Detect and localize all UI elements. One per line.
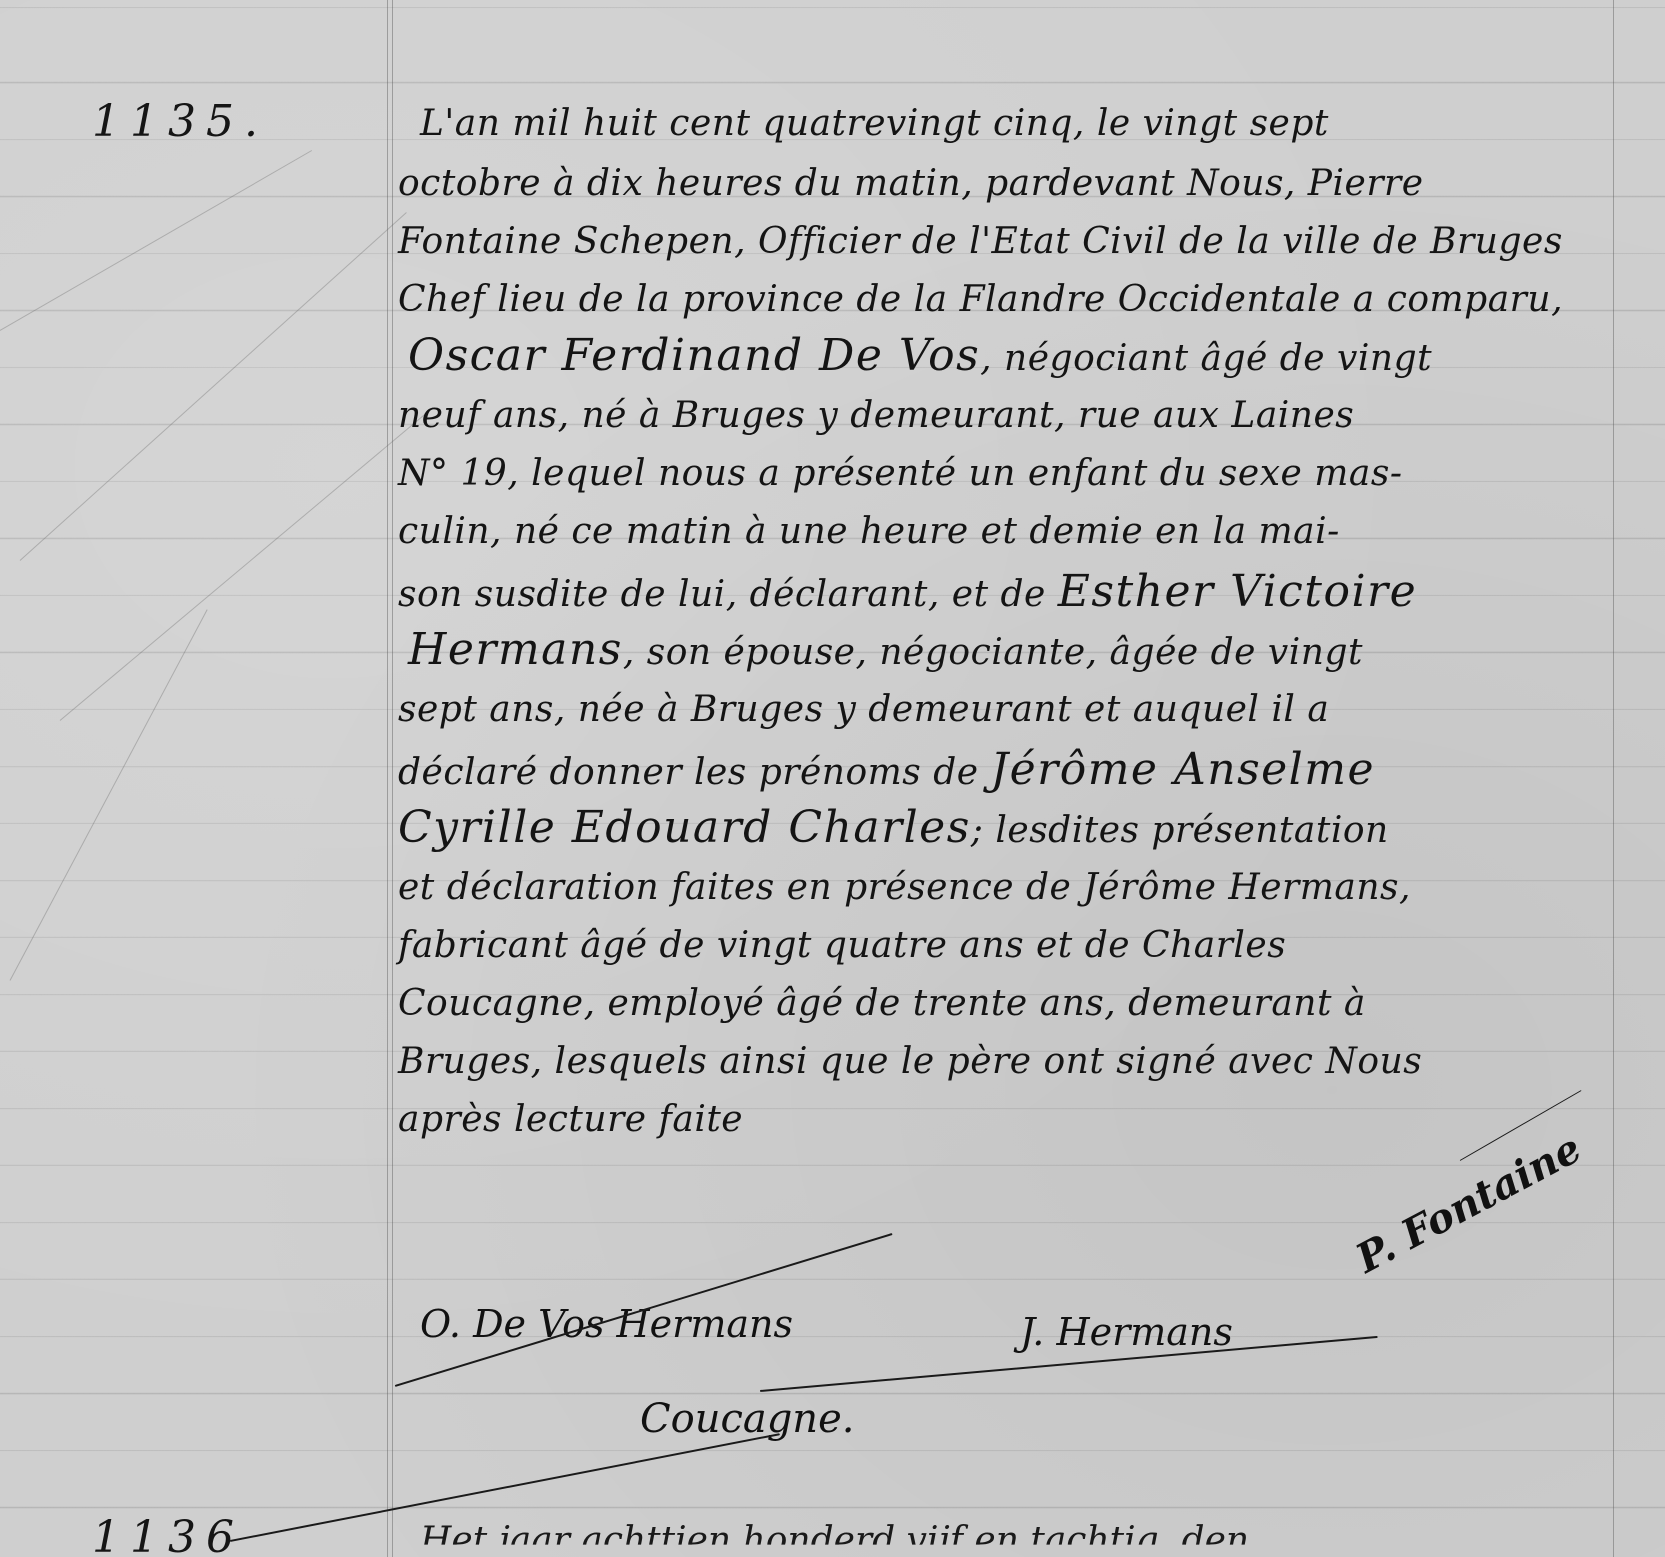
child-names-2: Cyrille Edouard Charles bbox=[398, 802, 971, 853]
right-margin-rule bbox=[1613, 0, 1614, 1557]
text-line: L'an mil huit cent quatrevingt cinq, le … bbox=[420, 104, 1635, 144]
mother-surname: Hermans bbox=[408, 624, 623, 675]
text-line: après lecture faite bbox=[398, 1100, 1613, 1140]
entry-number: 1135. bbox=[92, 96, 268, 147]
text-line: Hermans, son épouse, négociante, âgée de… bbox=[408, 630, 1623, 673]
text-line: Fontaine Schepen, Officier de l'Etat Civ… bbox=[398, 222, 1613, 262]
left-margin-rule bbox=[387, 0, 388, 1557]
father-name: Oscar Ferdinand De Vos bbox=[408, 330, 980, 381]
text-line: Chef lieu de la province de la Flandre O… bbox=[398, 280, 1613, 320]
text-line: Coucagne, employé âgé de trente ans, dem… bbox=[398, 984, 1613, 1024]
text-fragment: déclaré donner les prénoms de bbox=[398, 752, 991, 793]
father-signature: O. De Vos Hermans bbox=[420, 1302, 793, 1346]
text-fragment: ; lesdites présentation bbox=[971, 810, 1389, 851]
mother-first-names: Esther Victoire bbox=[1058, 566, 1417, 617]
text-line: Bruges, lesquels ainsi que le père ont s… bbox=[398, 1042, 1613, 1082]
text-line: Cyrille Edouard Charles; lesdites présen… bbox=[398, 808, 1613, 851]
text-line: N° 19, lequel nous a présenté un enfant … bbox=[398, 454, 1613, 494]
text-line: sept ans, née à Bruges y demeurant et au… bbox=[398, 690, 1613, 730]
text-line: déclaré donner les prénoms de Jérôme Ans… bbox=[398, 750, 1613, 793]
text-line: fabricant âgé de vingt quatre ans et de … bbox=[398, 926, 1613, 966]
text-line: et déclaration faites en présence de Jér… bbox=[398, 868, 1613, 908]
text-line: son susdite de lui, déclarant, et de Est… bbox=[398, 572, 1613, 615]
text-fragment: , son épouse, négociante, âgée de vingt bbox=[623, 632, 1363, 673]
witness1-signature: J. Hermans bbox=[1020, 1310, 1233, 1354]
text-line: neuf ans, né à Bruges y demeurant, rue a… bbox=[398, 396, 1613, 436]
text-line: octobre à dix heures du matin, pardevant… bbox=[398, 164, 1613, 204]
text-line-father-name: Oscar Ferdinand De Vos, négociant âgé de… bbox=[408, 336, 1623, 379]
witness2-signature: Coucagne. bbox=[640, 1396, 854, 1442]
entry-number: 1136 bbox=[92, 1512, 244, 1557]
father-details: , négociant âgé de vingt bbox=[980, 338, 1432, 379]
child-names-1: Jérôme Anselme bbox=[991, 744, 1376, 795]
register-page: 1135. L'an mil huit cent quatrevingt cin… bbox=[0, 0, 1665, 1557]
text-fragment: son susdite de lui, déclarant, et de bbox=[398, 574, 1058, 615]
text-line: culin, né ce matin à une heure et demie … bbox=[398, 512, 1613, 552]
left-margin-rule-inner bbox=[392, 0, 393, 1557]
